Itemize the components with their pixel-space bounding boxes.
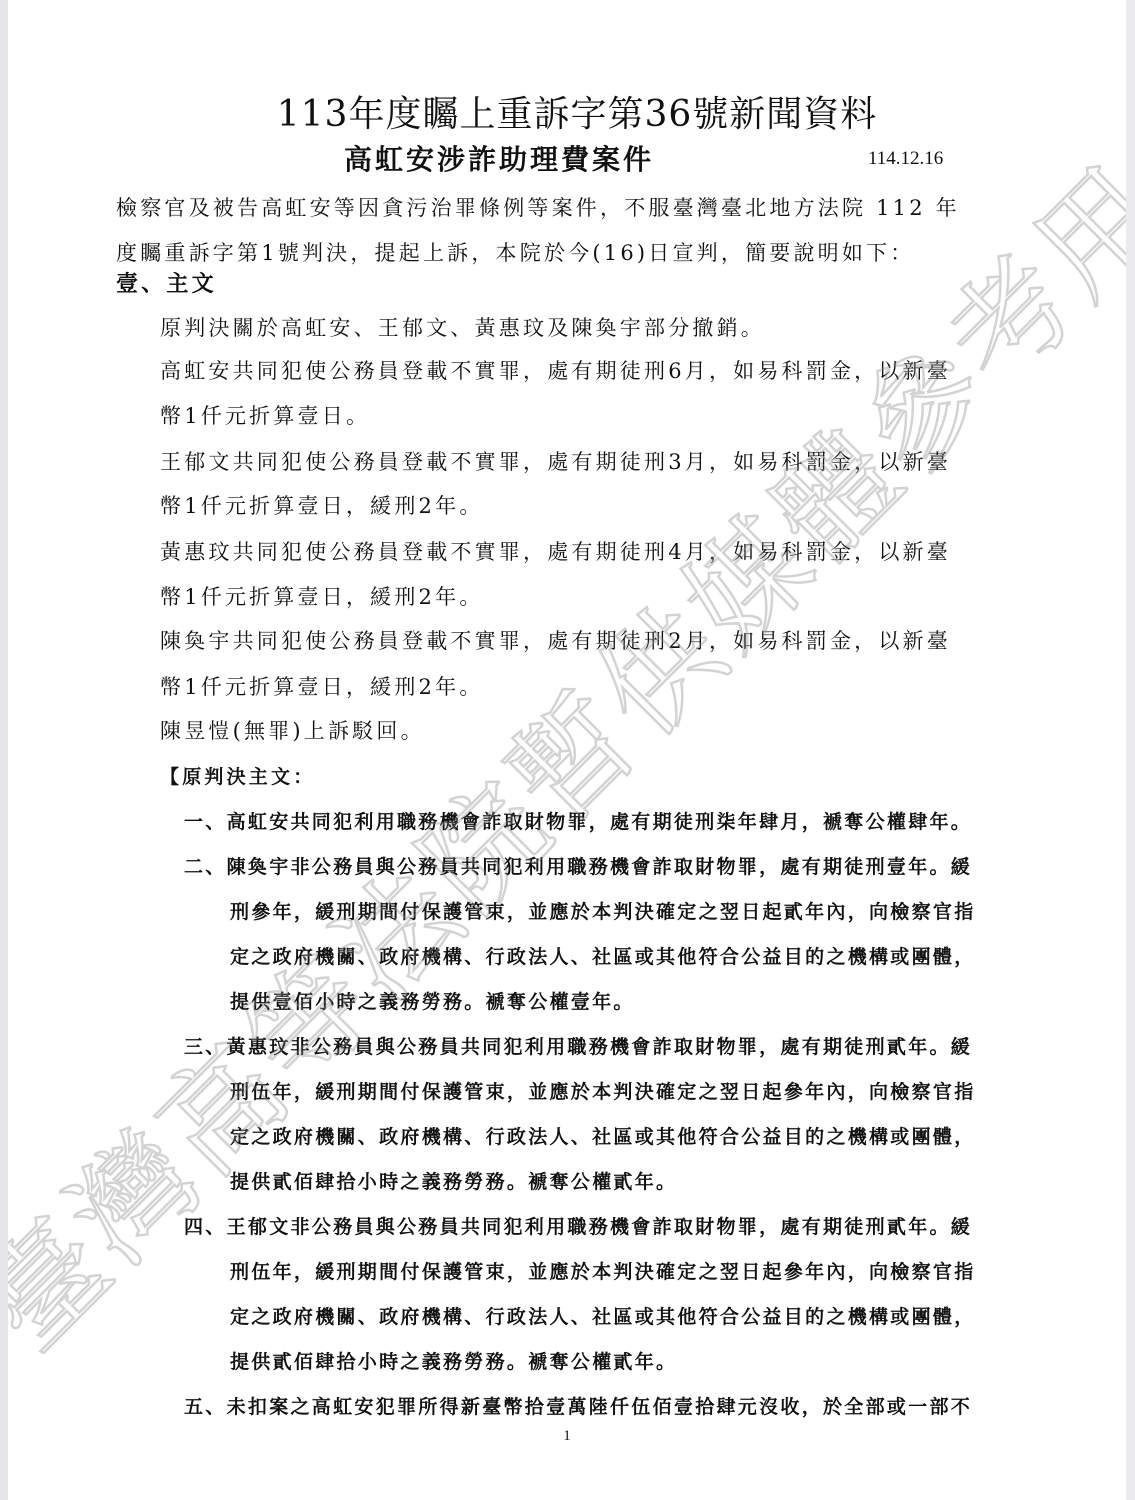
ruling-line: 陳奐宇共同犯使公務員登載不實罪，處有期徒刑2月，如易科罰金，以新臺 [160, 625, 951, 655]
ruling-line: 高虹安共同犯使公務員登載不實罪，處有期徒刑6月，如易科罰金，以新臺 [160, 355, 951, 385]
ruling-line: 陳昱愷(無罪)上訴駁回。 [160, 715, 425, 745]
original-judgment-heading: 【原判決主文： [160, 762, 315, 789]
original-judgment-line: 提供貳佰肆拾小時之義務勞務。褫奪公權貳年。 [230, 1347, 677, 1374]
original-judgment-line: 定之政府機關、政府機構、行政法人、社區或其他符合公益目的之機構或團體， [230, 942, 976, 969]
intro-line: 度矚重訴字第1號判決，提起上訴，本院於今(16)日宣判，簡要說明如下： [116, 237, 914, 267]
document-date: 114.12.16 [868, 148, 943, 170]
original-judgment-line: 刑參年，緩刑期間付保護管束，並應於本判決確定之翌日起貳年內，向檢察官指 [230, 897, 976, 924]
document-subtitle: 高虹安涉詐助理費案件 [344, 138, 654, 178]
ruling-line: 黃惠玟共同犯使公務員登載不實罪，處有期徒刑4月，如易科罰金，以新臺 [160, 536, 951, 566]
ruling-line: 幣1仟元折算壹日，緩刑2年。 [160, 490, 484, 520]
original-judgment-line: 定之政府機關、政府機構、行政法人、社區或其他符合公益目的之機構或團體， [230, 1302, 976, 1329]
viewer-edge [1126, 0, 1135, 1500]
ruling-line: 幣1仟元折算壹日。 [160, 400, 370, 430]
page-number: 1 [8, 1428, 1126, 1445]
original-judgment-line: 提供壹佰小時之義務勞務。褫奪公權壹年。 [230, 987, 635, 1014]
intro-line: 檢察官及被告高虹安等因貪污治罪條例等案件，不服臺灣臺北地方法院 112 年 [116, 192, 960, 222]
original-judgment-line: 刑伍年，緩刑期間付保護管束，並應於本判決確定之翌日起參年內，向檢察官指 [230, 1257, 976, 1284]
ruling-line: 幣1仟元折算壹日，緩刑2年。 [160, 581, 484, 611]
section-heading: 壹、主文 [116, 267, 217, 298]
original-judgment-line: 四、王郁文非公務員與公務員共同犯利用職務機會詐取財物罪，處有期徒刑貳年。緩 [184, 1212, 972, 1239]
original-judgment-line: 定之政府機關、政府機構、行政法人、社區或其他符合公益目的之機構或團體， [230, 1122, 976, 1149]
original-judgment-line: 一、高虹安共同犯利用職務機會詐取財物罪，處有期徒刑柒年肆月，褫奪公權肆年。 [184, 807, 972, 834]
ruling-line: 原判決關於高虹安、王郁文、黃惠玟及陳奐宇部分撤銷。 [160, 312, 765, 342]
original-judgment-line: 提供貳佰肆拾小時之義務勞務。褫奪公權貳年。 [230, 1167, 677, 1194]
ruling-line: 幣1仟元折算壹日，緩刑2年。 [160, 671, 484, 701]
document-title: 113年度矚上重訴字第36號新聞資料 [8, 86, 1126, 137]
original-judgment-line: 刑伍年，緩刑期間付保護管束，並應於本判決確定之翌日起參年內，向檢察官指 [230, 1077, 976, 1104]
document-page: 臺灣高等法院暫供媒體參考用 113年度矚上重訴字第36號新聞資料 高虹安涉詐助理… [8, 0, 1126, 1500]
original-judgment-line: 二、陳奐宇非公務員與公務員共同犯利用職務機會詐取財物罪，處有期徒刑壹年。緩 [184, 852, 972, 879]
ruling-line: 王郁文共同犯使公務員登載不實罪，處有期徒刑3月，如易科罰金，以新臺 [160, 446, 951, 476]
original-judgment-line: 五、未扣案之高虹安犯罪所得新臺幣拾壹萬陸仟伍佰壹拾肆元沒收，於全部或一部不 [184, 1392, 972, 1419]
original-judgment-line: 三、黃惠玟非公務員與公務員共同犯利用職務機會詐取財物罪，處有期徒刑貳年。緩 [184, 1032, 972, 1059]
